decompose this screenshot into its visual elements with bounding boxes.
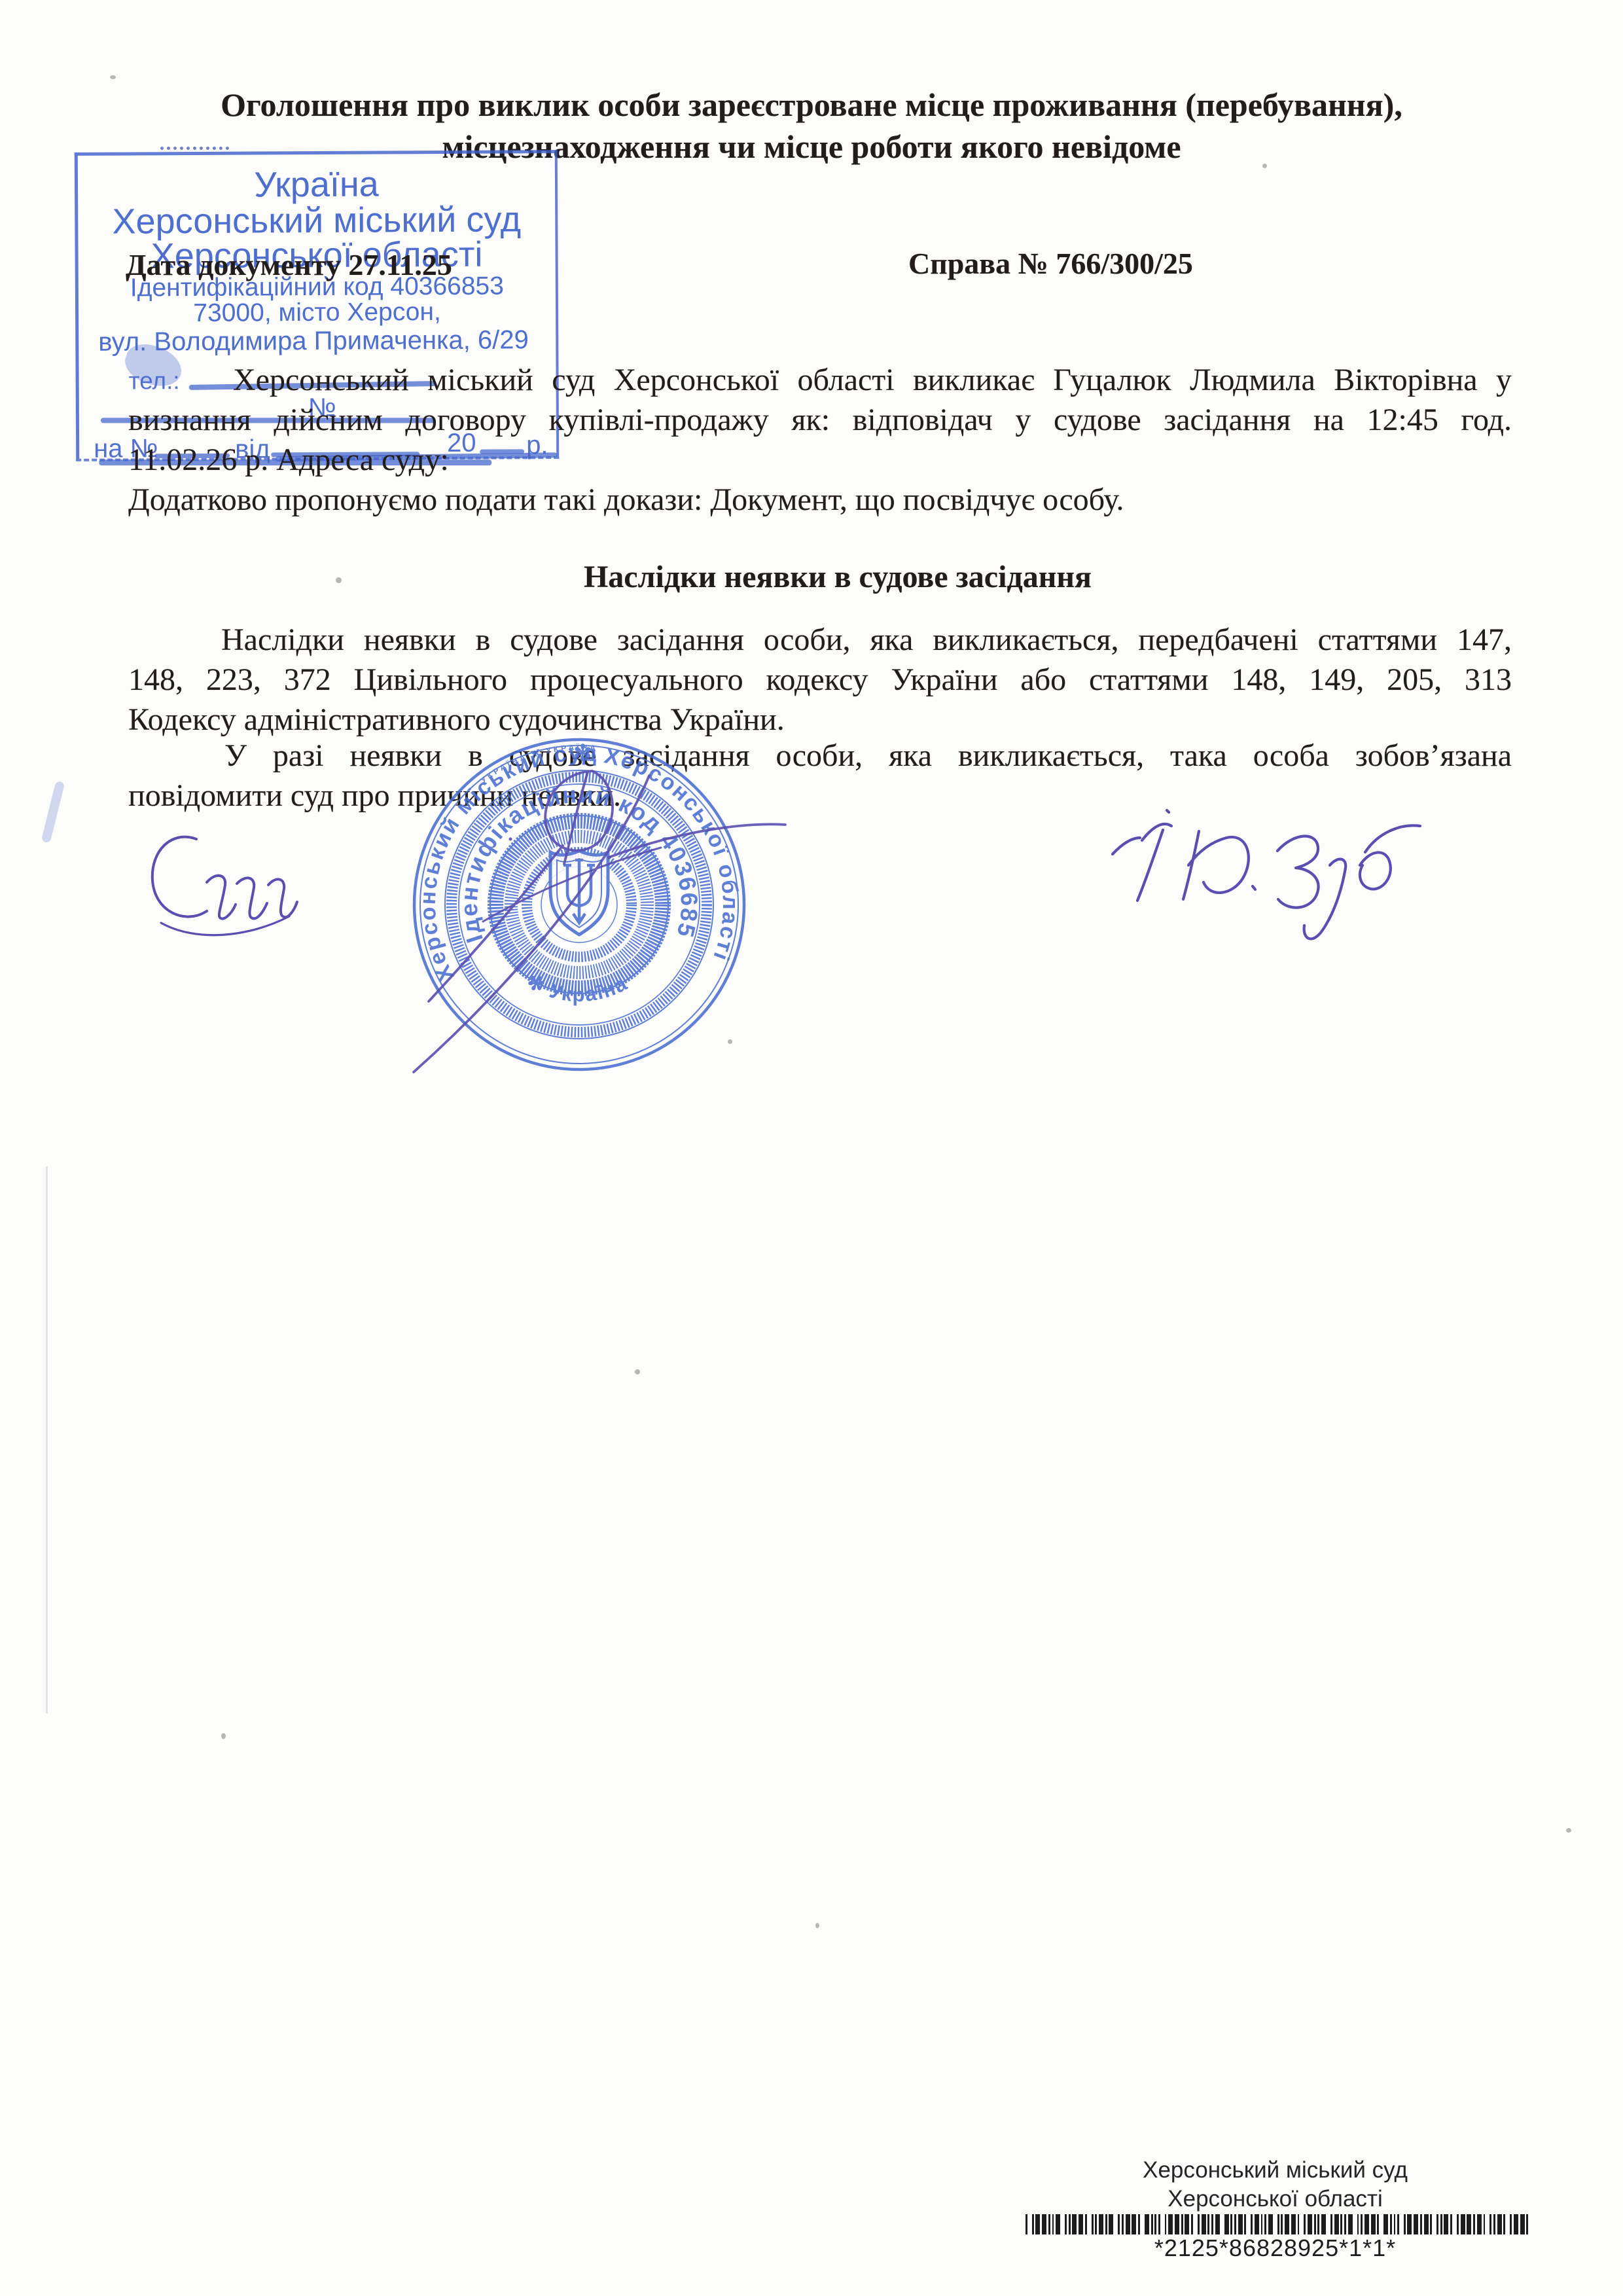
footer-court-line2: Херсонської області [1026, 2186, 1525, 2212]
seal-medallion-texture [495, 821, 663, 988]
barcode-label: *2125*86828925*1*1* [1026, 2234, 1525, 2262]
corner-stamp-address-line1: 73000, місто Херсон, [79, 297, 556, 329]
scan-speck [110, 75, 116, 79]
consequences-paragraph: Наслідки неявки в судове засідання особи… [128, 620, 1512, 740]
case-number: Справа № 766/300/25 [908, 246, 1193, 281]
obligation-paragraph: У разі неявки в судове засідання особи, … [128, 736, 1512, 816]
summons-line-3: 11.02.26 р. Адреса суду: [128, 440, 1512, 480]
summons-line-2: визнання дійсним договору купівлі-продаж… [128, 400, 1512, 440]
evidence-paragraph: Додатково пропонуємо подати такі докази:… [128, 480, 1512, 520]
scan-speck [728, 1039, 732, 1044]
judge-title-handwriting [152, 837, 297, 935]
scan-speck [1566, 1828, 1571, 1833]
scan-edge-streak [46, 1166, 48, 1713]
obligation-line-1: У разі неявки в судове засідання особи, … [128, 736, 1512, 776]
consequences-heading: Наслідки неявки в судове засідання [26, 559, 1623, 595]
scan-speck [1262, 164, 1267, 168]
summons-line-1: Херсонський міський суд Херсонської обла… [128, 360, 1512, 400]
scanned-court-document-page: Оголошення про виклик особи зареєстрован… [0, 0, 1623, 2296]
document-barcode [1026, 2214, 1530, 2234]
footer-court-line1: Херсонський міський суд [1026, 2157, 1525, 2183]
scan-speck [815, 1923, 819, 1928]
scan-blue-smudge [41, 781, 65, 844]
dotted-leader-artifact [160, 147, 229, 150]
signature-over-seal [414, 771, 785, 1072]
consequences-line-3: Кодексу адміністративного судочинства Ук… [128, 700, 1512, 740]
document-date: Дата документу 27.11.25 [126, 247, 452, 282]
scan-speck [336, 577, 342, 583]
consequences-line-2: 148, 223, 372 Цивільного процесуального … [128, 660, 1512, 700]
tryzub-trident-emblem-icon [550, 851, 608, 935]
summons-paragraph: Херсонський міський суд Херсонської обла… [128, 360, 1512, 480]
scan-speck [221, 1733, 226, 1739]
scan-speck [635, 1369, 640, 1374]
judge-signature [1113, 810, 1420, 939]
consequences-line-1: Наслідки неявки в судове засідання особи… [128, 620, 1512, 660]
document-title-line1: Оголошення про виклик особи зареєстрован… [0, 84, 1623, 126]
obligation-line-2: повідомити суд про причини неявки. [128, 776, 1512, 816]
